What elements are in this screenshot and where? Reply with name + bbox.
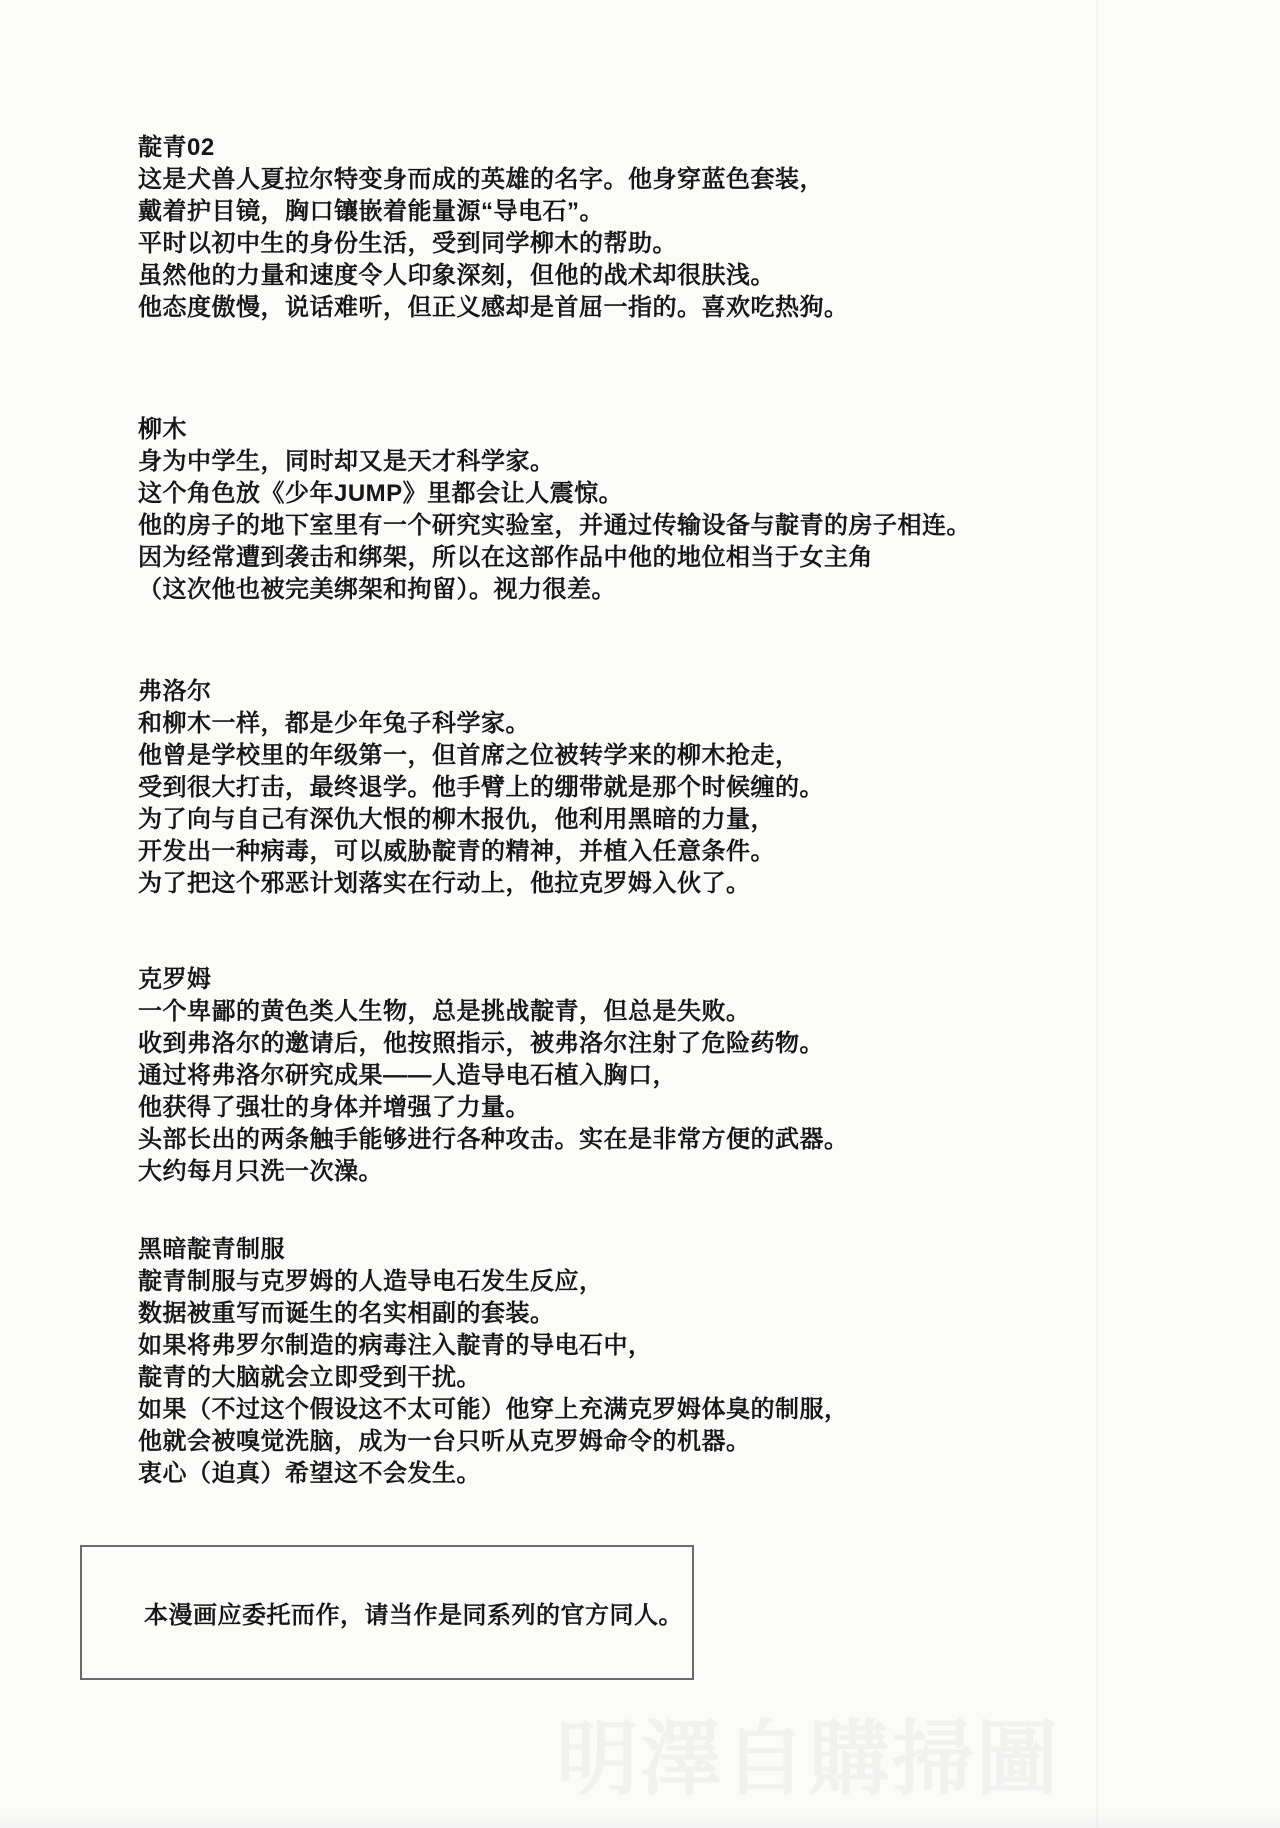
text-line: 开发出一种病毒，可以威胁靛青的精神，并植入任意条件。 — [138, 836, 1138, 868]
text-line: 和柳木一样，都是少年兔子科学家。 — [138, 708, 1138, 740]
text-line: 受到很大打击，最终退学。他手臂上的绷带就是那个时候缠的。 — [138, 772, 1138, 804]
text-line: 一个卑鄙的黄色类人生物，总是挑战靛青，但总是失败。 — [138, 996, 1138, 1028]
section-title: 弗洛尔 — [138, 676, 1138, 708]
text-line: 他态度傲慢，说话难听，但正义感却是首屈一指的。喜欢吃热狗。 — [138, 292, 1138, 324]
text-line: 他的房子的地下室里有一个研究实验室，并通过传输设备与靛青的房子相连。 — [138, 510, 1138, 542]
section-title: 克罗姆 — [138, 964, 1138, 996]
text-line: 这是犬兽人夏拉尔特变身而成的英雄的名字。他身穿蓝色套装， — [138, 164, 1138, 196]
text-line: 大约每月只洗一次澡。 — [138, 1156, 1138, 1188]
text-line: 他获得了强壮的身体并增强了力量。 — [138, 1092, 1138, 1124]
text-line: 平时以初中生的身份生活，受到同学柳木的帮助。 — [138, 228, 1138, 260]
text-line: 为了把这个邪恶计划落实在行动上，他拉克罗姆入伙了。 — [138, 868, 1138, 900]
text-line: 靛青制服与克罗姆的人造导电石发生反应， — [138, 1266, 1138, 1298]
commission-note-box: 本漫画应委托而作，请当作是同系列的官方同人。 — [80, 1545, 694, 1680]
text-line: 头部长出的两条触手能够进行各种攻击。实在是非常方便的武器。 — [138, 1124, 1138, 1156]
section-title: 黑暗靛青制服 — [138, 1234, 1138, 1266]
text-line: （这次他也被完美绑架和拘留）。视力很差。 — [138, 574, 1138, 606]
text-line: 通过将弗洛尔研究成果——人造导电石植入胸口， — [138, 1060, 1138, 1092]
text-line: 衷心（迫真）希望这不会发生。 — [138, 1458, 1138, 1490]
text-line: 为了向与自己有深仇大恨的柳木报仇，他利用黑暗的力量， — [138, 804, 1138, 836]
section-keluomu: 克罗姆 一个卑鄙的黄色类人生物，总是挑战靛青，但总是失败。 收到弗洛尔的邀请后，… — [138, 964, 1138, 1188]
section-dianqing02: 靛青02 这是犬兽人夏拉尔特变身而成的英雄的名字。他身穿蓝色套装， 戴着护目镜，… — [138, 132, 1138, 324]
section-liumu: 柳木 身为中学生，同时却又是天才科学家。 这个角色放《少年JUMP》里都会让人震… — [138, 414, 1138, 606]
scan-watermark: 明澤自購掃圖 — [556, 1694, 1060, 1811]
text-line: 靛青的大脑就会立即受到干扰。 — [138, 1362, 1138, 1394]
section-dark-dianqing-uniform: 黑暗靛青制服 靛青制服与克罗姆的人造导电石发生反应， 数据被重写而诞生的名实相副… — [138, 1234, 1138, 1490]
text-line: 如果（不过这个假设这不太可能）他穿上充满克罗姆体臭的制服， — [138, 1394, 1138, 1426]
text-line: 因为经常遭到袭击和绑架，所以在这部作品中他的地位相当于女主角 — [138, 542, 1138, 574]
section-fuluoer: 弗洛尔 和柳木一样，都是少年兔子科学家。 他曾是学校里的年级第一，但首席之位被转… — [138, 676, 1138, 900]
text-line: 身为中学生，同时却又是天才科学家。 — [138, 446, 1138, 478]
text-line: 如果将弗罗尔制造的病毒注入靛青的导电石中， — [138, 1330, 1138, 1362]
page-edge-shadow-bottom — [0, 1812, 1280, 1828]
text-line: 这个角色放《少年JUMP》里都会让人震惊。 — [138, 478, 1138, 510]
text-line: 数据被重写而诞生的名实相副的套装。 — [138, 1298, 1138, 1330]
text-line: 戴着护目镜，胸口镶嵌着能量源“导电石”。 — [138, 196, 1138, 228]
section-title: 靛青02 — [138, 132, 1138, 164]
section-title: 柳木 — [138, 414, 1138, 446]
commission-note-text: 本漫画应委托而作，请当作是同系列的官方同人。 — [82, 1595, 683, 1630]
text-line: 虽然他的力量和速度令人印象深刻，但他的战术却很肤浅。 — [138, 260, 1138, 292]
text-line: 他就会被嗅觉洗脑，成为一台只听从克罗姆命令的机器。 — [138, 1426, 1138, 1458]
character-profile-page: 靛青02 这是犬兽人夏拉尔特变身而成的英雄的名字。他身穿蓝色套装， 戴着护目镜，… — [0, 0, 1280, 1828]
text-line: 收到弗洛尔的邀请后，他按照指示，被弗洛尔注射了危险药物。 — [138, 1028, 1138, 1060]
text-line: 他曾是学校里的年级第一，但首席之位被转学来的柳木抢走， — [138, 740, 1138, 772]
page-edge-shadow-right — [1096, 0, 1098, 1828]
